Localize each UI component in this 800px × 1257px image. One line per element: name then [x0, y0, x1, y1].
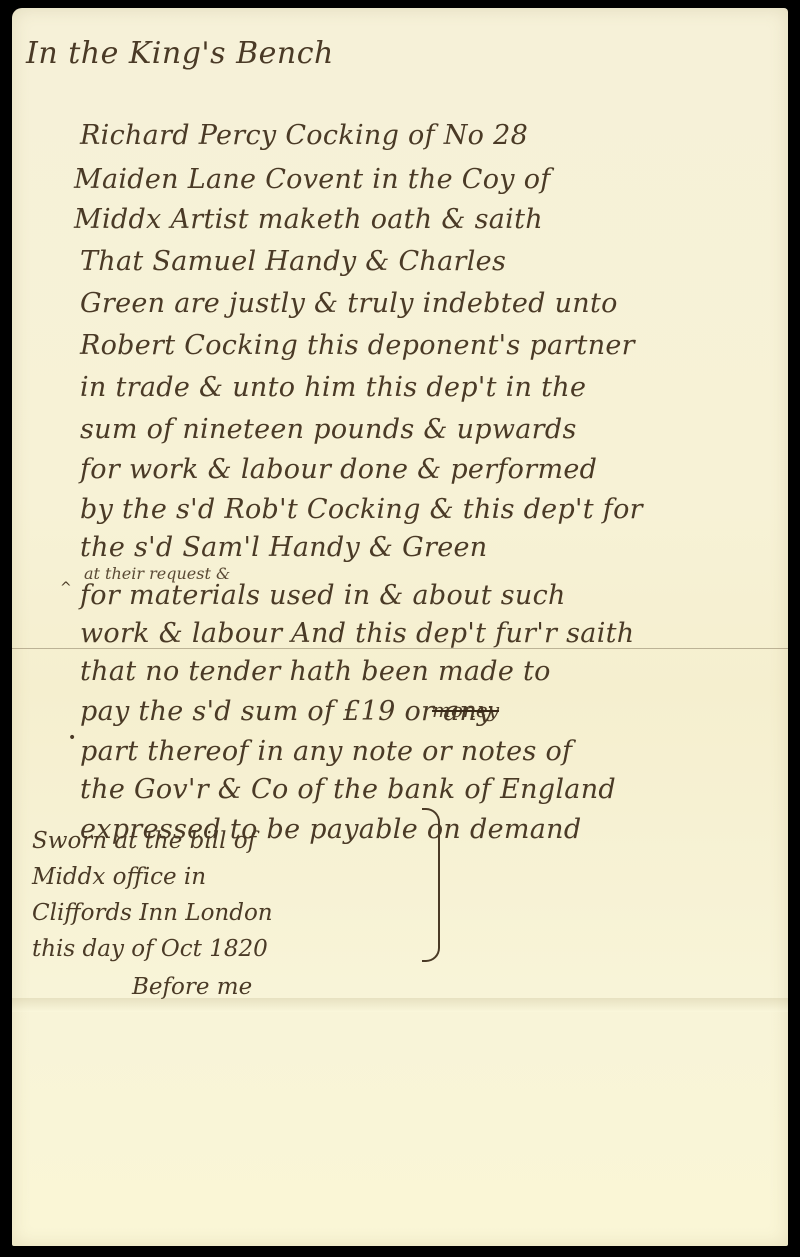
- body-line-13: work & labour And this dep't fur'r saith: [80, 618, 634, 649]
- body-line-2: Maiden Lane Covent in the Coy of: [74, 164, 551, 195]
- caret-mark-icon: ^: [60, 580, 72, 596]
- jurat-line-4: this day of Oct 1820: [32, 936, 268, 962]
- jurat-brace: [422, 808, 440, 962]
- body-line-6: Robert Cocking this deponent's partner: [80, 330, 635, 361]
- body-line-11: the s'd Sam'l Handy & Green: [80, 532, 487, 563]
- jurat-line-1: Sworn at the bill of: [32, 828, 256, 854]
- jurat-before-me: Before me: [132, 974, 252, 1000]
- body-line-10: by the s'd Rob't Cocking & this dep't fo…: [80, 494, 643, 525]
- court-heading: In the King's Bench: [26, 36, 334, 71]
- body-line-16: part thereof in any note or notes of: [80, 736, 572, 767]
- body-line-7: in trade & unto him this dep't in the: [80, 372, 586, 403]
- document-page: In the King's Bench Richard Percy Cockin…: [12, 8, 788, 1246]
- fold-band: [12, 998, 788, 1012]
- body-line-14: that no tender hath been made to: [80, 656, 551, 687]
- margin-dot-icon: •: [68, 730, 76, 746]
- body-line-4: That Samuel Handy & Charles: [80, 246, 506, 277]
- jurat-line-2: Middx office in: [32, 864, 206, 890]
- body-line-1: Richard Percy Cocking of No 28: [80, 120, 528, 151]
- body-line-15: pay the s'd sum of £19 or any: [80, 696, 493, 727]
- body-line-12: for materials used in & about such: [80, 580, 566, 611]
- body-line-8: sum of nineteen pounds & upwards: [80, 414, 577, 445]
- jurat-line-3: Cliffords Inn London: [32, 900, 273, 926]
- body-line-5: Green are justly & truly indebted unto: [80, 288, 618, 319]
- body-line-3: Middx Artist maketh oath & saith: [74, 204, 543, 235]
- body-line-9: for work & labour done & performed: [80, 454, 597, 485]
- struck-word: money: [432, 698, 499, 722]
- body-line-17: the Gov'r & Co of the bank of England: [80, 774, 616, 805]
